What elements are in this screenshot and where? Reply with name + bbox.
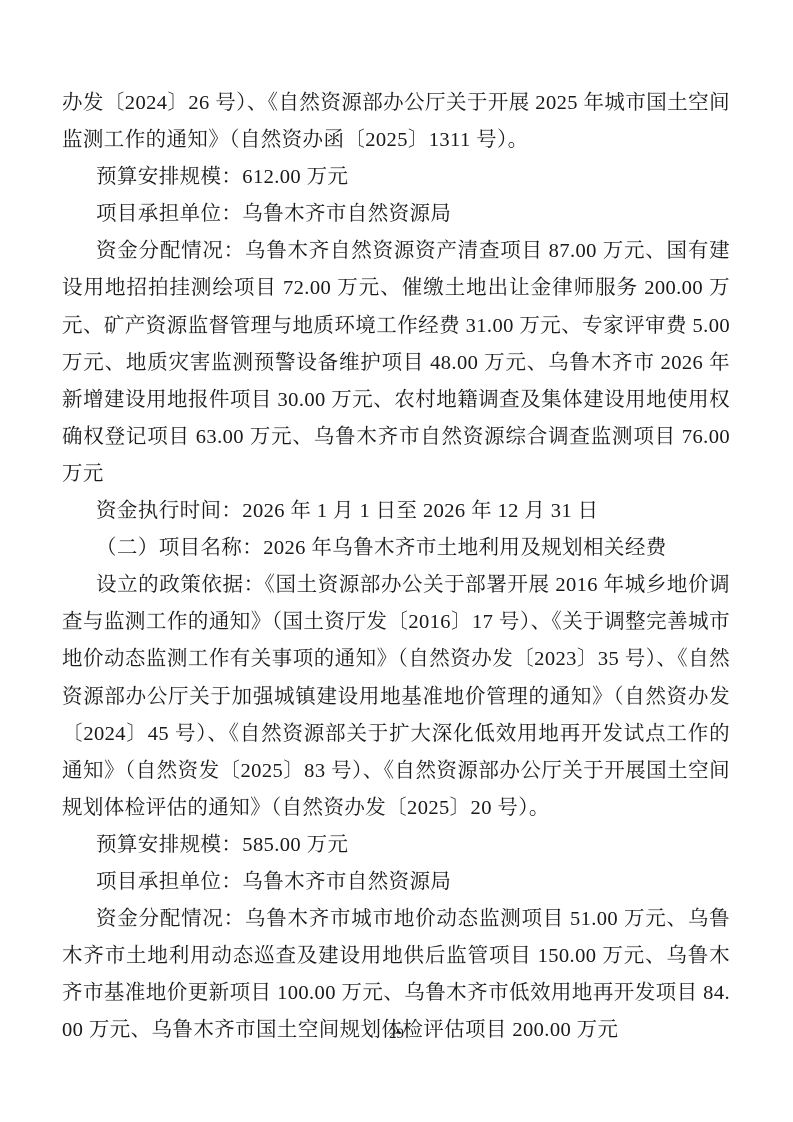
paragraph-undertaking-unit-project-1: 项目承担单位：乌鲁木齐市自然资源局: [62, 196, 730, 233]
document-page: 办发〔2024〕26 号）、《自然资源部办公厅关于开展 2025 年城市国土空间…: [0, 0, 793, 1122]
paragraph-undertaking-unit-project-2: 项目承担单位：乌鲁木齐市自然资源局: [62, 864, 730, 901]
paragraph-policy-basis-project-2: 设立的政策依据：《国土资源部办公关于部署开展 2016 年城乡地价调查与监测工作…: [62, 567, 730, 827]
paragraph-budget-scale-project-2: 预算安排规模：585.00 万元: [62, 827, 730, 864]
paragraph-fund-allocation-project-1: 资金分配情况：乌鲁木齐自然资源资产清查项目 87.00 万元、国有建设用地招拍挂…: [62, 233, 730, 493]
page-number: 29: [0, 1024, 793, 1044]
paragraph-budget-scale-project-1: 预算安排规模：612.00 万元: [62, 159, 730, 196]
paragraph-project-2-name: （二）项目名称：2026 年乌鲁木齐市土地利用及规划相关经费: [62, 530, 730, 567]
paragraph-fund-execution-time-project-1: 资金执行时间：2026 年 1 月 1 日至 2026 年 12 月 31 日: [62, 493, 730, 530]
paragraph-policy-basis-continuation: 办发〔2024〕26 号）、《自然资源部办公厅关于开展 2025 年城市国土空间…: [62, 85, 730, 159]
document-body: 办发〔2024〕26 号）、《自然资源部办公厅关于开展 2025 年城市国土空间…: [62, 85, 730, 1049]
